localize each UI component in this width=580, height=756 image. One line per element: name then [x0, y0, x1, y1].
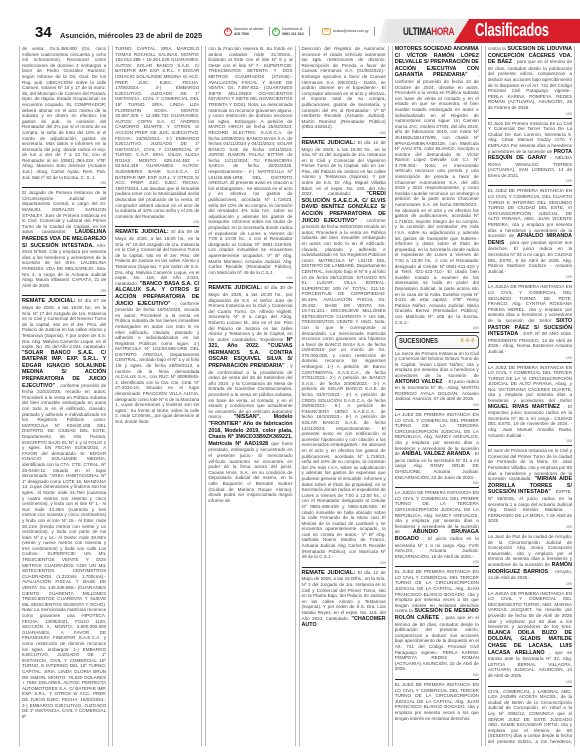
ad-divider — [22, 187, 106, 188]
classified-ad: CIVIL, COMERCIAL y LABORAL ABG. LIZA JAZ… — [488, 689, 572, 746]
ad-text: LA JUEZ DE PRIMERA INSTANCIA EN LO CIVIL… — [395, 412, 479, 456]
mail-icon: ✉ — [322, 28, 331, 35]
ad-tail: , para que en el término de 60 días, con… — [395, 615, 479, 671]
ad-divider — [395, 487, 479, 488]
ad-tail: , para que en el término de 60 días, con… — [488, 59, 572, 110]
ad-code: 2/85 — [488, 439, 572, 443]
ad-code: 2/85 — [395, 481, 479, 485]
ad-code: 2/85 — [302, 561, 386, 565]
ad-text: LA JUEZA DE PRIMERA INSTANCIA EN LO CIVI… — [488, 591, 572, 630]
ad-text: Dirección del Registro de Automotor, rec… — [302, 46, 386, 129]
ad-divider — [22, 295, 106, 296]
ad-divider — [488, 118, 572, 119]
page-number: 34 — [35, 24, 52, 41]
ad-divider — [208, 282, 292, 283]
classified-ad: REMATE JUDICIAL: El día 07 de Mayo de 20… — [22, 298, 106, 719]
ad-text: El día 30 de Mayo de 2025, a las 15:30 h… — [208, 285, 292, 341]
classified-ad: de venta: Gs.5.458.800 (Gs. cinco millon… — [22, 46, 106, 180]
column-5: MOTORES SOCIEDAD ANÓNIMA C/ VÍCTOR RAMÓN… — [392, 46, 482, 746]
column-2: TURNO, CAPITAL. SRIA. MARCELO TOMAS ROCH… — [112, 46, 202, 746]
ad-text: con la Fracción reserva B. Su fondo en a… — [208, 46, 292, 275]
ad-divider — [115, 226, 199, 227]
ad-text: de venta: Gs.5.458.800 (Gs. cinco millon… — [22, 46, 106, 180]
classified-ad: REMATE JUDICIAL: El día 12 de Mayo de 20… — [302, 140, 386, 560]
column-4: Dirección del Registro de Automotor, rec… — [299, 46, 389, 746]
ad-text: El Juzgado de Primera Instancia de la Ci… — [22, 190, 106, 234]
classified-ad: LA JUEZ DE PRIMERA INSTANCIA EN LO CIVIL… — [395, 412, 479, 480]
brand-logo: ULTIMAHORA — [403, 26, 454, 38]
ad-bold: ANÍBAL VALDEZ ARANDA — [402, 451, 470, 457]
ad-text: CIVIL, COMERCIAL y LABORAL ABG. LIZA JAZ… — [488, 689, 572, 746]
ad-code: 2/85 — [208, 276, 292, 280]
classified-ad: contra la SUCESIÓN DE LIDUVINA CONCEPCIÓ… — [488, 46, 572, 111]
contact-email[interactable]: ✉ avisos@uhora.com.py — [322, 27, 375, 36]
family-icon: ⚘⚘⚘ — [459, 339, 475, 345]
ad-divider — [488, 588, 572, 589]
classifieds-columns: de venta: Gs.5.458.800 (Gs. cinco millon… — [19, 46, 575, 746]
column-1: de venta: Gs.5.458.800 (Gs. cinco millon… — [19, 46, 109, 746]
ad-bold: ANTONIO VALDEZ — [395, 379, 443, 385]
section-header-sucesiones: SUCESIONES⚘⚘⚘ — [395, 335, 479, 349]
ad-text: LA JUEZ DE PRIMERA INSTANCIA EN LO CIVIL… — [488, 365, 572, 404]
classified-ad: REMATE JUDICIAL: El día 09 de Mayo de 20… — [115, 229, 199, 424]
column-3: con la Fracción reserva B. Su fondo en a… — [205, 46, 295, 746]
ad-tail: , conforme proveído de fecha 10/04/2025,… — [115, 301, 199, 424]
phone-icon: ✆ — [224, 28, 232, 36]
ad-code: 2/85 — [488, 112, 572, 116]
ad-code: 2/85 — [115, 220, 199, 224]
ad-divider — [488, 185, 572, 186]
ad-text: La Jueza de Primera Instancia en lo Civi… — [395, 351, 479, 378]
ad-code: 2/85 — [488, 275, 572, 279]
ad-divider — [395, 679, 479, 680]
section-header-label: SUCESIONES — [399, 339, 438, 345]
ad-code: 2/85 — [395, 673, 479, 677]
publication-date: Asunción, miércoles 23 de abril de 2025 — [60, 31, 202, 40]
ad-divider — [302, 137, 386, 138]
ad-code: 2/85 — [488, 680, 572, 684]
classified-ad: El Juez de Primera Instancia en lo Civil… — [488, 448, 572, 524]
ad-divider — [488, 686, 572, 687]
ad-divider — [395, 566, 479, 567]
ad-code: 2/85 — [488, 179, 572, 183]
classified-ad: La Juez de Paz de la ciudad de Arroyito,… — [488, 534, 572, 581]
ad-divider — [488, 281, 572, 282]
ad-text: El día 07 de Mayo de 2025, a las 15:00 h… — [22, 298, 106, 349]
contact-phone[interactable]: ✆ Atención al cliente:415 7000 — [224, 27, 270, 36]
ad-divider — [488, 531, 572, 532]
ad-tail: que fuera prendado, embargado y secuestr… — [208, 441, 292, 503]
ad-divider — [395, 332, 479, 333]
column-6: contra la SUCESIÓN DE LIDUVINA CONCEPCIÓ… — [485, 46, 575, 746]
ad-heading: REMATE JUDICIAL: — [208, 285, 262, 291]
classified-ad: EL JUEZ DE PRIMERA INSTANCIA EN LO CIVIL… — [395, 569, 479, 672]
ad-heading: REMATE JUDICIAL: — [22, 298, 76, 304]
ad-divider — [395, 409, 479, 410]
ad-tail: , conforme proveído de fecha 31/03/2025,… — [22, 383, 106, 719]
classified-ad: LA JUEZA DE PRIMERA INSTANCIA EN LO CIVI… — [488, 591, 572, 679]
ad-heading: REMATE JUDICIAL: — [302, 570, 356, 576]
page-header: 34 Asunción, miércoles 23 de abril de 20… — [0, 0, 580, 44]
ad-tail: , conforme al proveído de fecha 10 de Oc… — [395, 72, 479, 324]
ad-text: LA JUEZA DE PRIMERA INSTANCIA EN LO CIVI… — [395, 490, 479, 534]
ad-code: 2/85 — [22, 289, 106, 293]
ad-text: El día 12 de Mayo de 2025, a las 15:00 h… — [302, 140, 386, 196]
classified-ad: MOTORES SOCIEDAD ANÓNIMA C/ VÍCTOR RAMÓN… — [395, 46, 479, 325]
classified-ad: EL JUEZ DE PRIMERA INSTANCIA EN LO CIVIL… — [395, 682, 479, 721]
classified-ad: LA JUEZA DE PRIMERA INSTANCIA EN LO CIVI… — [488, 284, 572, 354]
ad-text: EL JUEZ DE PRIMERA INSTANCIA EN LO CIVIL… — [395, 569, 479, 613]
classified-ad: El Juez De Primera Instancia En Lo Civil… — [488, 121, 572, 179]
classified-ad: LA JUEZA DE PRIMERA INSTANCIA EN LO CIVI… — [395, 490, 479, 559]
ad-code: 2/85 — [395, 560, 479, 564]
ad-code: 2/85 — [302, 131, 386, 135]
ad-heading: REMATE JUDICIAL: — [115, 229, 169, 235]
classified-ad: Dirección del Registro de Automotor, rec… — [302, 46, 386, 130]
classified-ad: EL JUEZ DE PRIMERA INSTANCIA EN LO CIVIL… — [488, 188, 572, 274]
ad-divider — [488, 362, 572, 363]
ad-code: 2/85 — [395, 403, 479, 407]
ad-code: 2/85 — [488, 525, 572, 529]
ad-code: 2/85 — [22, 181, 106, 185]
whatsapp-icon: ✆ — [272, 28, 280, 36]
classified-ad: TURNO, CAPITAL. SRIA. MARCELO TOMAS ROCH… — [115, 46, 199, 219]
ad-divider — [488, 445, 572, 446]
ad-code: 2/85 — [395, 326, 479, 330]
ad-bold: MIGUEL RIVAS MARTÍNEZ — [488, 404, 560, 410]
ad-heading: REMATE JUDICIAL: — [302, 140, 356, 146]
section-title: Clasificados — [475, 20, 549, 41]
ad-text: TURNO, CAPITAL. SRIA. MARCELO TOMAS ROCH… — [115, 46, 199, 219]
contact-whatsapp[interactable]: ✆ Escribinos al0981 111 013 — [272, 27, 310, 36]
ad-bold: MOTORES SOCIEDAD ANÓNIMA C/ VÍCTOR RAMÓN… — [395, 46, 479, 78]
ad-code: 2/85 — [488, 356, 572, 360]
classified-ad: con la Fracción reserva B. Su fondo en a… — [208, 46, 292, 275]
classified-ad: LA JUEZ DE PRIMERA INSTANCIA EN LO CIVIL… — [488, 365, 572, 439]
ad-text: El día 12 de Mayo de 2025, a las 15:00hs… — [302, 570, 386, 621]
ad-tail: , y de conformidad a la providencia de o… — [208, 363, 292, 419]
classified-ad: La Jueza de Primera Instancia en lo Civi… — [395, 351, 479, 402]
ad-text: EL JUEZ DE PRIMERA INSTANCIA EN LO CIVIL… — [395, 682, 479, 721]
classified-ad: REMATE JUDICIAL: El día 12 de Mayo de 20… — [302, 570, 386, 629]
ad-text: EL JUEZ DE PRIMERA INSTANCIA EN LO CIVIL… — [488, 188, 572, 238]
classified-ad: El Juzgado de Primera Instancia de la Ci… — [22, 190, 106, 288]
ad-text: El día 09 de Mayo de 2025, a las 15:00 h… — [115, 229, 199, 285]
ad-tail: Año: 2024 Nº550. Cita y emplaza por sese… — [22, 243, 106, 288]
classified-ad: REMATE JUDICIAL: El día 30 de Mayo de 20… — [208, 285, 292, 503]
ad-tail: , conforme proveído de fecha 08/04/2025 … — [302, 218, 386, 560]
ad-divider — [302, 567, 386, 568]
ad-code: 2/85 — [488, 582, 572, 586]
ad-text: contra la — [488, 46, 506, 51]
